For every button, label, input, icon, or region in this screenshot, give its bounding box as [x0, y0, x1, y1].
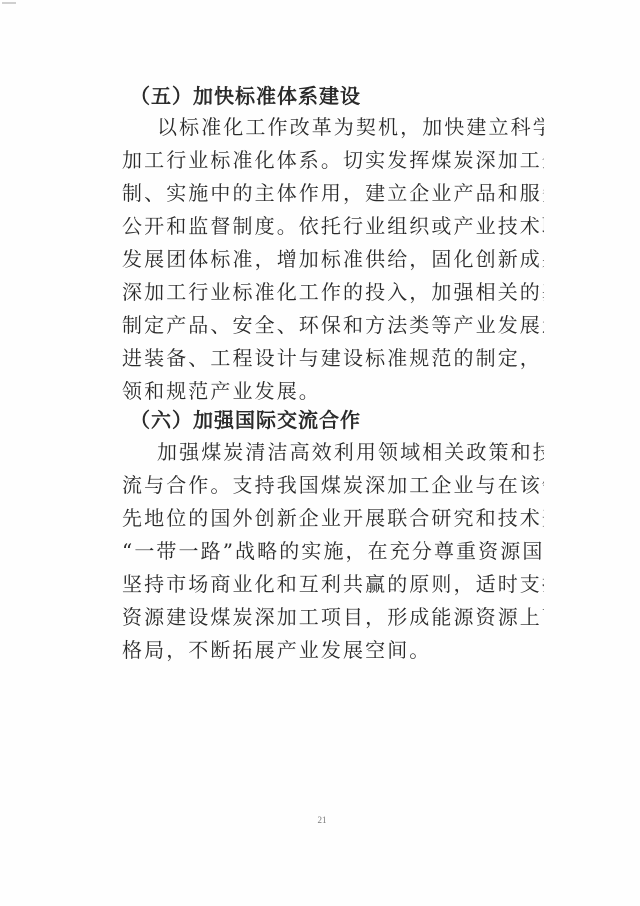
paragraph-line: “一带一路”战略的实施，在充分尊重资源国意愿的前提下， [122, 535, 544, 568]
document-page: （五）加快标准体系建设 以标准化工作改革为契机，加快建立科学合理的煤炭深 加工行… [0, 0, 640, 906]
paragraph-line: 格局，不断拓展产业发展空间。 [122, 634, 544, 667]
paragraph-line: 进装备、工程设计与建设标准规范的制定，以高质量标准引 [122, 342, 544, 375]
paragraph-line: 制、实施中的主体作用，建立企业产品和服务标准自我声明 [122, 177, 544, 210]
paragraph-line: 加工行业标准化体系。切实发挥煤炭深加工企业在标准研 [122, 144, 544, 177]
scan-artifact [2, 2, 16, 4]
paragraph-line: 公开和监督制度。依托行业组织或产业技术联盟，大力培育 [122, 210, 544, 243]
paragraph-line: 坚持市场商业化和互利共赢的原则，适时支持企业利用国外 [122, 568, 544, 601]
paragraph-line: 发展团体标准，增加标准供给，固化创新成果。加大对煤炭 [122, 243, 544, 276]
paragraph-line: 资源建设煤炭深加工项目，形成能源资源上下游一体化合作 [122, 601, 544, 634]
section-heading-5: （五）加快标准体系建设 [130, 80, 552, 113]
paragraph-line: 加强煤炭清洁高效利用领域相关政策和技术的对外交 [157, 436, 544, 469]
paragraph-line: 深加工行业标准化工作的投入，加强相关的基础研究，加快 [122, 276, 544, 309]
paragraph-line: 流与合作。支持我国煤炭深加工企业与在该领域处于全球领 [122, 469, 544, 502]
paragraph-line: 制定产品、安全、环保和方法类等产业发展急需的标准，推 [122, 309, 544, 342]
section-heading-6: （六）加强国际交流合作 [130, 404, 552, 437]
paragraph-line: 先地位的国外创新企业开展联合研究和技术开发。结合我国 [122, 502, 544, 535]
page-number: 21 [310, 815, 334, 825]
paragraph-line: 以标准化工作改革为契机，加快建立科学合理的煤炭深 [157, 111, 544, 144]
